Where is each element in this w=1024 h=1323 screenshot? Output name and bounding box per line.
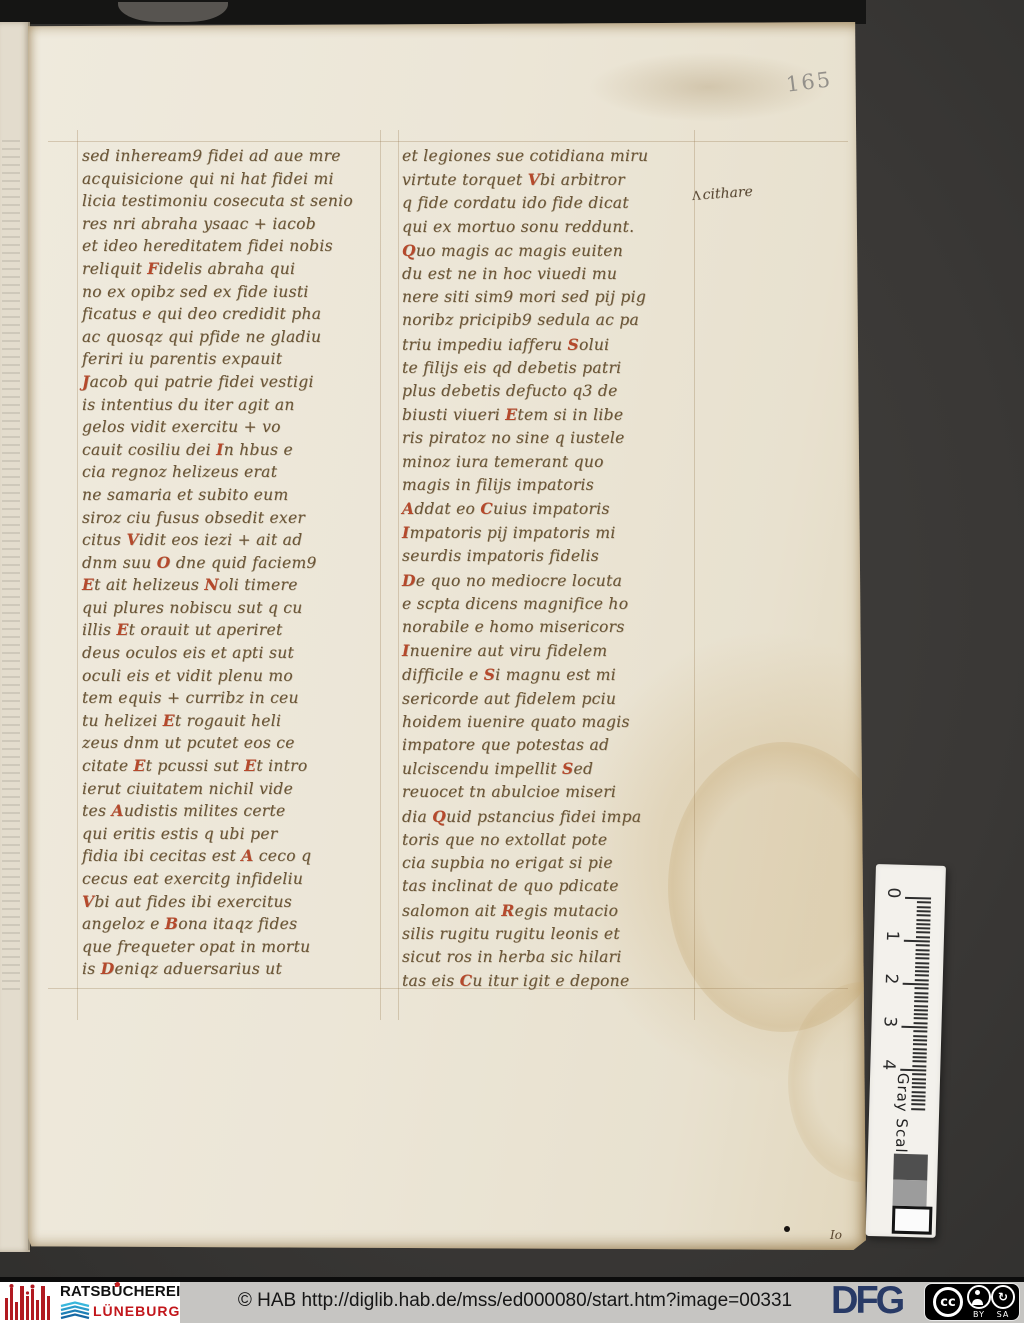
ink-text: ris piratoz no sine q iustele [402, 429, 625, 447]
ink-text: mpatoris pij impatoris mi [410, 524, 616, 542]
ink-text: t ait helizeus [94, 576, 204, 594]
ink-text: citate [82, 757, 134, 775]
ink-text: tas eis [402, 972, 460, 990]
rubric-initial: A [111, 801, 123, 820]
share-alike-arrow: ↻ [998, 1291, 1008, 1303]
ruler-minor-tick [916, 927, 930, 929]
ink-text: dia [402, 808, 432, 826]
manuscript-line: feriri iu parentis expauit [82, 348, 387, 371]
ink-text: tes [82, 802, 111, 820]
ink-text: qui plures nobiscu sut q cu [82, 599, 303, 617]
ruler-minor-tick [912, 1078, 926, 1080]
ink-text: res nri abraha ysaac + iacob [82, 215, 316, 233]
ruler-minor-tick [912, 1086, 926, 1088]
ink-text: idit eos iezi + ait ad [139, 531, 303, 549]
ruler-minor-tick [913, 1056, 927, 1058]
manuscript-line: De quo no mediocre locuta [402, 569, 707, 593]
ink-text: t intro [256, 757, 307, 775]
ink-text: uo magis ac magis euiten [416, 242, 623, 260]
manuscript-line: sed inheream9 fidei ad aue mre [82, 145, 387, 168]
manuscript-line: hoidem iuenire quato magis [402, 711, 707, 734]
manuscript-line: reuocet tn abulcioe miseri [402, 781, 707, 804]
manuscript-line: acquisicione qui ni hat fidei mi [82, 168, 387, 191]
manuscript-line: sericorde aut fidelem pciu [402, 688, 707, 711]
rubric-initial: S [484, 665, 496, 684]
ruler-minor-tick [917, 901, 931, 903]
ink-text: reliquit [82, 260, 147, 278]
rubric-initial: A [402, 499, 414, 518]
ink-text: du est ne in hoc viuedi mu [402, 265, 617, 283]
ink-text: reuocet tn abulcioe miseri [402, 783, 616, 801]
rubric-initial: A [241, 846, 253, 865]
manuscript-line: Addat eo Cuius impatoris [402, 497, 707, 521]
ruling-line [48, 141, 848, 142]
ratsbuecherei-logo-mark [5, 1284, 53, 1322]
ink-text: nuenire aut viru fidelem [410, 642, 608, 660]
rubric-initial: I [402, 641, 410, 660]
ink-text: bi arbitror [540, 171, 625, 189]
ink-text: u itur igit e depone [472, 972, 629, 990]
ink-text: cauit cosiliu dei [82, 441, 216, 459]
manuscript-line: dnm suu O dne quid faciem9 [82, 552, 387, 575]
ink-text: ne samaria et subito eum [82, 486, 288, 504]
ruler-minor-tick [914, 1022, 928, 1024]
ruler-minor-tick [911, 1099, 925, 1101]
rubric-initial: E [117, 620, 129, 639]
ink-text: no ex opibz sed ex fide iusti [82, 283, 309, 301]
manuscript-line: ris piratoz no sine q iustele [402, 427, 707, 450]
ink-text: tas inclinat de quo pdicate [402, 877, 619, 895]
rubric-initial: E [244, 756, 256, 775]
ruler-minor-tick [916, 949, 930, 951]
library-name-part: RATSB [60, 1283, 112, 1300]
cc-by-group: BY [967, 1285, 991, 1319]
ink-text: seurdis impatoris fidelis [402, 547, 599, 565]
ruler-minor-tick [911, 1103, 925, 1105]
manuscript-line: cia supbia no erigat si pie [402, 852, 707, 875]
manuscript-line: minoz iura temerant quo [402, 451, 707, 474]
manuscript-line: que frequeter opat in mortu [82, 936, 387, 959]
rubric-initial: V [127, 530, 139, 549]
ink-text: tu helizei [82, 712, 163, 730]
manuscript-line: tem equis + curribz in ceu [82, 687, 387, 710]
ink-text: licia testimoniu cosecuta st senio [82, 192, 353, 210]
gray-patch-mid [892, 1180, 927, 1207]
rubric-initial: D [402, 571, 416, 590]
ink-text: is intentius du iter agit an [82, 396, 295, 414]
ruler-minor-tick [912, 1082, 926, 1084]
manuscript-line: biusti viueri Etem si in libe [402, 403, 707, 427]
ink-text: t rogauit heli [175, 712, 281, 730]
ink-text: te filijs eis qd debetis patri [402, 359, 621, 377]
digitization-footer: RATSBÜCHEREI LÜNEBURG © HAB http://digli… [0, 1277, 1024, 1323]
ink-text: zeus dnm ut pcutet eos ce [82, 734, 295, 752]
ink-text: deus oculos eis et apti sut [82, 644, 294, 662]
ruler-minor-tick [916, 923, 930, 925]
grayscale-ruler: 01234 Gray Scale [866, 864, 946, 1238]
manuscript-line: e scpta dicens magnifice ho [402, 593, 707, 616]
ruler-minor-tick [916, 944, 930, 946]
dfg-logo[interactable]: DFG [831, 1280, 902, 1323]
ruler-minor-tick [914, 1013, 928, 1015]
manuscript-line: tes Audistis milites certe [82, 800, 387, 823]
ruler-minor-tick [917, 910, 931, 912]
manuscript-line: reliquit Fidelis abraha qui [82, 258, 387, 281]
ruler-major-tick [905, 897, 931, 900]
rubric-initial: F [147, 259, 158, 278]
ruler-major-tick [901, 1026, 927, 1029]
ink-text: t pcussi sut [146, 757, 245, 775]
ink-text: qui eritis estis q ubi per [82, 825, 278, 843]
manuscript-line: virtute torquet Vbi arbitror [402, 168, 707, 192]
ruler-minor-tick [917, 906, 931, 908]
ink-text: ceco q [254, 847, 312, 865]
ink-text: olui [579, 336, 609, 354]
ink-text: ed [573, 760, 593, 778]
ink-text: i magnu est mi [495, 666, 616, 684]
ruler-minor-tick [915, 970, 929, 972]
ruler-number: 4 [878, 1059, 898, 1070]
ink-text: hoidem iuenire quato magis [402, 713, 630, 731]
manuscript-column-right: et legiones sue cotidiana miruvirtute to… [402, 145, 707, 993]
rubric-initial: R [501, 901, 514, 920]
ruler-minor-tick [914, 1018, 928, 1020]
rubric-initial: I [402, 523, 410, 542]
manuscript-line: cia regnoz helizeus erat [82, 461, 387, 484]
manuscript-line: licia testimoniu cosecuta st senio [82, 190, 387, 213]
ink-text: ac quosqz qui pfide ne gladiu [82, 328, 321, 346]
manuscript-line: dia Quid pstancius fidei impa [402, 805, 707, 829]
rubric-initial: Q [432, 807, 446, 826]
ink-text: norabile e homo misericors [402, 618, 625, 636]
gray-patch-white [892, 1206, 933, 1235]
copyright-url[interactable]: © HAB http://diglib.hab.de/mss/ed000080/… [230, 1290, 800, 1312]
manuscript-line: angeloz e Bona itaqz fides [82, 913, 387, 936]
ruler-minor-tick [917, 914, 931, 916]
open-book-icon [60, 1301, 90, 1321]
manuscript-column-left: sed inheream9 fidei ad aue mreacquisicio… [82, 145, 387, 981]
rubric-initial: V [528, 170, 540, 189]
ink-text: tem equis + curribz in ceu [82, 689, 299, 707]
ink-text: e scpta dicens magnifice ho [402, 595, 628, 613]
ruler-minor-tick [915, 962, 929, 964]
ink-text: nere siti sim9 mori sed pij pig [402, 288, 646, 306]
ink-text: plus debetis defucto q3 de [402, 382, 618, 400]
ruler-minor-tick [913, 1035, 927, 1037]
manuscript-line: deus oculos eis et apti sut [82, 642, 387, 665]
manuscript-line: oculi eis et vidit plenu mo [82, 665, 387, 688]
ink-text: t orauit ut aperiret [129, 621, 283, 639]
ink-text: angeloz e [82, 915, 165, 933]
ink-text: cecus eat exercitg infideliu [82, 870, 303, 888]
manuscript-line: citus Vidit eos iezi + ait ad [82, 529, 387, 552]
rubric-initial: C [480, 499, 493, 518]
manuscript-line: no ex opibz sed ex fide iusti [82, 281, 387, 304]
ruler-minor-tick [912, 1060, 926, 1062]
library-logo-box: RATSBÜCHEREI LÜNEBURG [0, 1282, 180, 1323]
manuscript-line: du est ne in hoc viuedi mu [402, 263, 707, 286]
rubric-initial: E [163, 711, 175, 730]
gray-patch-dark [893, 1154, 928, 1181]
manuscript-line: tu helizei Et rogauit heli [82, 710, 387, 733]
manuscript-line: ulciscendu impellit Sed [402, 757, 707, 781]
rubric-initial: I [216, 440, 224, 459]
manuscript-line: te filijs eis qd debetis patri [402, 357, 707, 380]
manuscript-line: Et ait helizeus Noli timere [82, 574, 387, 597]
ink-text: citus [82, 531, 127, 549]
manuscript-line: magis in filijs impatoris [402, 474, 707, 497]
manuscript-line: ierut ciuitatem nichil vide [82, 778, 387, 801]
ruling-line [398, 130, 399, 1020]
rubric-initial: C [460, 971, 473, 990]
ruler-minor-tick [916, 936, 930, 938]
manuscript-line: noribz pricipib9 sedula ac pa [402, 309, 707, 332]
manuscript-line: sicut ros in herba sic hilari [402, 946, 707, 969]
ruler-number: 3 [879, 1016, 899, 1027]
insertion-caret: Λ [692, 189, 702, 204]
ink-text: noribz pricipib9 sedula ac pa [402, 311, 639, 329]
ink-text: salomon ait [402, 902, 501, 920]
manuscript-line: qui ex mortuo sonu reddunt. [402, 216, 707, 239]
ink-text: minoz iura temerant quo [402, 453, 604, 471]
cc-icon: cc [933, 1287, 963, 1317]
ruler-minor-tick [915, 953, 929, 955]
manuscript-line: ac quosqz qui pfide ne gladiu [82, 326, 387, 349]
cc-license-badge[interactable]: cc BY ↻ SA [924, 1283, 1020, 1321]
ink-text: et legiones sue cotidiana miru [402, 147, 648, 165]
cc-by-person-icon [967, 1285, 991, 1309]
ink-text: toris que no extollat pote [402, 831, 607, 849]
ruler-minor-tick [914, 1009, 928, 1011]
manuscript-line: difficile e Si magnu est mi [402, 663, 707, 687]
manuscript-line: tas inclinat de quo pdicate [402, 875, 707, 898]
manuscript-line: qui plures nobiscu sut q cu [82, 597, 387, 620]
ruler-minor-tick [913, 1052, 927, 1054]
library-name-part: CHEREI [123, 1283, 181, 1300]
ink-text: acob qui patrie fidei vestigi [90, 373, 314, 391]
ink-text: udistis milites certe [124, 802, 286, 820]
manuscript-line: et legiones sue cotidiana miru [402, 145, 707, 168]
ink-text: eniqz aduersarius ut [115, 960, 283, 978]
ruler-minor-tick [916, 919, 930, 921]
manuscript-line: fidia ibi cecitas est A ceco q [82, 845, 387, 868]
manuscript-line: et ideo hereditatem fidei nobis [82, 235, 387, 258]
ink-text: e quo no mediocre locuta [416, 572, 622, 590]
rubric-initial: O [157, 553, 171, 572]
ink-dot [784, 1226, 790, 1232]
ruler-minor-tick [914, 996, 928, 998]
ink-text: is [82, 960, 101, 978]
manuscript-line: ficatus e qui deo credidit pha [82, 303, 387, 326]
ruler-major-tick [904, 940, 930, 943]
ink-text: egis mutacio [515, 902, 619, 920]
ink-text: impatore que potestas ad [402, 736, 609, 754]
rubric-initial: V [82, 892, 94, 911]
ink-text: feriri iu parentis expauit [82, 350, 282, 368]
manuscript-line: cauit cosiliu dei In hbus e [82, 439, 387, 462]
library-sub-row: LÜNEBURG [60, 1301, 180, 1321]
ink-text: sericorde aut fidelem pciu [402, 690, 616, 708]
ink-text: gelos vidit exercitu + vo [82, 418, 281, 436]
library-name-umlaut: Ü [112, 1283, 123, 1300]
ink-text: magis in filijs impatoris [402, 476, 594, 494]
manuscript-line: illis Et orauit ut aperiret [82, 619, 387, 642]
manuscript-line: nere siti sim9 mori sed pij pig [402, 286, 707, 309]
manuscript-line: Vbi aut fides ibi exercitus [82, 891, 387, 914]
ruler-number: 1 [882, 930, 902, 941]
manuscript-line: impatore que potestas ad [402, 734, 707, 757]
ruler-minor-tick [913, 1030, 927, 1032]
ruler-title: Gray Scale [892, 1073, 913, 1164]
person-body [972, 1299, 983, 1305]
person-head [975, 1290, 980, 1295]
manuscript-line: salomon ait Regis mutacio [402, 899, 707, 923]
manuscript-line: zeus dnm ut pcutet eos ce [82, 732, 387, 755]
ink-text: ierut ciuitatem nichil vide [82, 780, 293, 798]
ink-text: ddat eo [414, 500, 480, 518]
ink-text: acquisicione qui ni hat fidei mi [82, 170, 334, 188]
library-wordmark: RATSBÜCHEREI LÜNEBURG [60, 1283, 180, 1321]
manuscript-line: is intentius du iter agit an [82, 394, 387, 417]
manuscript-line: Quo magis ac magis euiten [402, 239, 707, 263]
manuscript-line: seurdis impatoris fidelis [402, 545, 707, 568]
manuscript-line: citate Et pcussi sut Et intro [82, 755, 387, 778]
manuscript-line: triu impediu iafferu Solui [402, 333, 707, 357]
ink-text: fidia ibi cecitas est [82, 847, 241, 865]
ruler-minor-tick [911, 1108, 925, 1110]
cc-sa-arrow-icon: ↻ [991, 1285, 1015, 1309]
ink-text: tem si in libe [517, 406, 623, 424]
ruler-major-tick [900, 1069, 926, 1072]
ruler-minor-tick [913, 1043, 927, 1045]
quire-mark: Io [830, 1228, 842, 1242]
manuscript-line: toris que no extollat pote [402, 829, 707, 852]
manuscript-line: res nri abraha ysaac + iacob [82, 213, 387, 236]
ruling-line [77, 130, 78, 1020]
ruler-minor-tick [915, 966, 929, 968]
cc-sa-label: SA [997, 1310, 1010, 1319]
ruler-minor-tick [915, 957, 929, 959]
rubric-initial: E [134, 756, 146, 775]
cc-sa-group: ↻ SA [991, 1285, 1015, 1319]
manuscript-line: gelos vidit exercitu + vo [82, 416, 387, 439]
ruler-minor-tick [914, 1005, 928, 1007]
ruler-number: 2 [881, 973, 901, 984]
ink-text: siroz ciu fusus obsedit exer [82, 509, 305, 527]
ink-text: dne quid faciem9 [171, 554, 317, 572]
ink-text: uius impatoris [493, 500, 610, 518]
ruler-minor-tick [916, 932, 930, 934]
manuscript-line: qui eritis estis q ubi per [82, 823, 387, 846]
ink-text: ficatus e qui deo credidit pha [82, 305, 321, 323]
manuscript-line: silis rugitu rugitu leonis et [402, 923, 707, 946]
ruler-minor-tick [915, 979, 929, 981]
manuscript-line: is Deniqz aduersarius ut [82, 958, 387, 981]
manuscript-line: plus debetis defucto q3 de [402, 380, 707, 403]
ruler-number: 0 [883, 887, 903, 898]
ruler-minor-tick [913, 1039, 927, 1041]
ruler-minor-tick [914, 992, 928, 994]
ink-text: qui ex mortuo sonu reddunt. [402, 218, 634, 236]
ruler-minor-tick [915, 987, 929, 989]
ink-text: uid pstancius fidei impa [446, 808, 641, 826]
ink-text: cia supbia no erigat si pie [402, 854, 613, 872]
cc-by-label: BY [973, 1310, 985, 1319]
rubric-initial: E [82, 575, 94, 594]
gutter-showthrough-text [2, 140, 20, 990]
rubric-initial: D [101, 959, 115, 978]
ink-text: difficile e [402, 666, 484, 684]
manuscript-line: q fide cordatu ido fide dicat [402, 192, 707, 215]
ink-text: idelis abraha qui [159, 260, 296, 278]
rubric-initial: B [165, 914, 178, 933]
ruler-minor-tick [912, 1091, 926, 1093]
rubric-initial: Q [402, 241, 416, 260]
manuscript-line: ne samaria et subito eum [82, 484, 387, 507]
ink-text: sicut ros in herba sic hilari [402, 948, 622, 966]
ink-text: sed inheream9 fidei ad aue mre [82, 147, 341, 165]
rubric-initial: S [568, 335, 580, 354]
rubric-initial: N [204, 575, 218, 594]
ruler-minor-tick [913, 1048, 927, 1050]
ruler-minor-tick [912, 1073, 926, 1075]
ink-text: q fide cordatu ido fide dicat [402, 194, 629, 212]
ink-text: cia regnoz helizeus erat [82, 463, 277, 481]
rubric-initial: S [562, 759, 574, 778]
ink-text: illis [82, 621, 117, 639]
library-city: LÜNEBURG [93, 1303, 180, 1319]
ruler-minor-tick [914, 1000, 928, 1002]
manuscript-line: norabile e homo misericors [402, 616, 707, 639]
ink-text: triu impediu iafferu [402, 336, 568, 354]
rubric-initial: E [505, 405, 517, 424]
ink-text: n hbus e [224, 441, 293, 459]
ink-text: virtute torquet [402, 171, 528, 189]
ink-text: que frequeter opat in mortu [82, 938, 310, 956]
ink-text: oli timere [219, 576, 298, 594]
ink-text: dnm suu [82, 554, 157, 572]
ink-text: bi aut fides ibi exercitus [94, 893, 292, 911]
ink-text: ulciscendu impellit [402, 760, 562, 778]
library-name: RATSBÜCHEREI [60, 1283, 180, 1300]
manuscript-line: siroz ciu fusus obsedit exer [82, 507, 387, 530]
ruler-major-tick [903, 983, 929, 986]
ruler-minor-tick [912, 1095, 926, 1097]
ink-text: et ideo hereditatem fidei nobis [82, 237, 333, 255]
ink-text: ona itaqz fides [178, 915, 297, 933]
manuscript-line: tas eis Cu itur igit e depone [402, 969, 707, 993]
manuscript-line: Jacob qui patrie fidei vestigi [82, 371, 387, 394]
manuscript-line: Impatoris pij impatoris mi [402, 521, 707, 545]
manuscript-line: cecus eat exercitg infideliu [82, 868, 387, 891]
ink-text: biusti viueri [402, 406, 505, 424]
manuscript-line: Inuenire aut viru fidelem [402, 639, 707, 663]
ruler-minor-tick [915, 975, 929, 977]
rubric-initial: J [82, 372, 90, 391]
ink-text: silis rugitu rugitu leonis et [402, 925, 620, 943]
ink-text: oculi eis et vidit plenu mo [82, 667, 293, 685]
ruler-minor-tick [912, 1065, 926, 1067]
ruler-ticks: 01234 [876, 864, 946, 866]
